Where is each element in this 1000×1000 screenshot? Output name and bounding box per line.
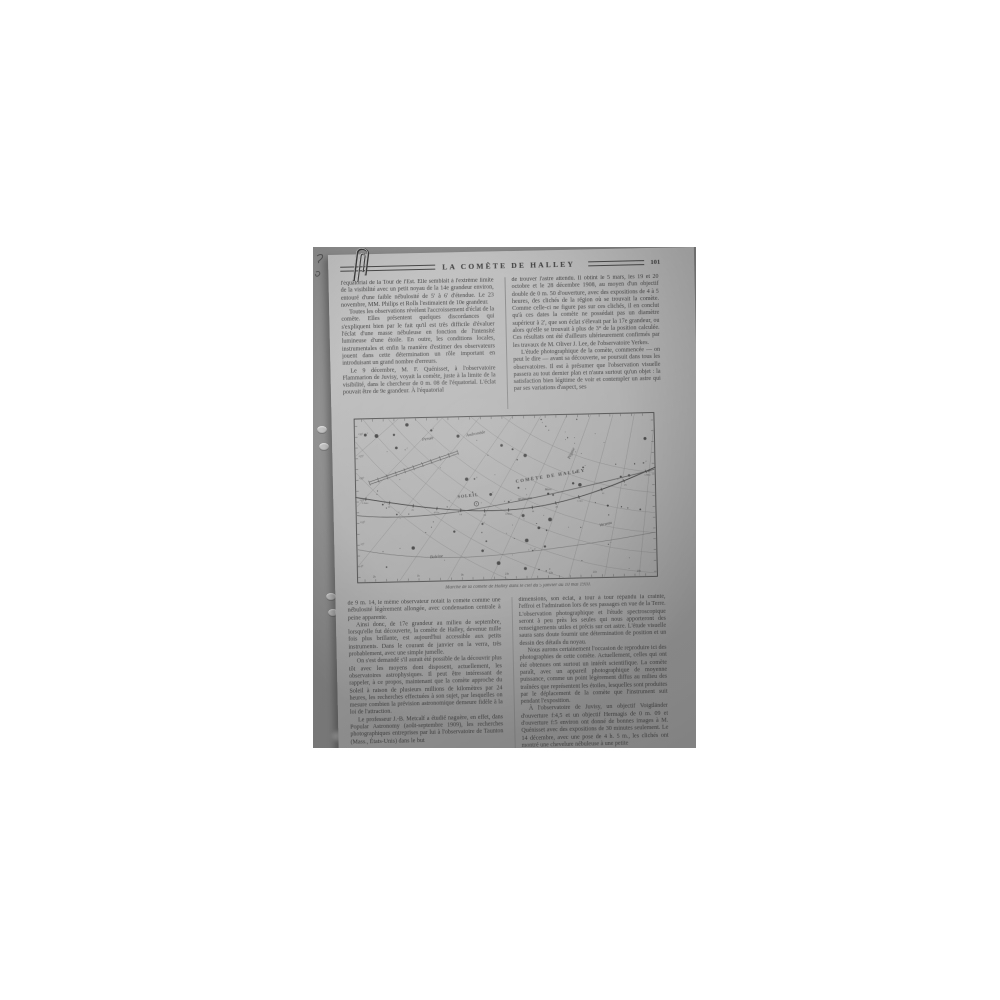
- paragraph: On s'est demandé s'il aurait été possibl…: [349, 656, 503, 718]
- page-header: LA COMÈTE DE HALLEY 101: [340, 256, 660, 275]
- photograph-canvas: LA COMÈTE DE HALLEY 101 l'équatorial de …: [0, 0, 1000, 1000]
- photo-of-document: LA COMÈTE DE HALLEY 101 l'équatorial de …: [313, 247, 696, 748]
- stars: αβγδεζηθικλμνξοπ: [364, 416, 652, 575]
- svg-text:π: π: [367, 433, 369, 435]
- chart-label: Pégase: [566, 446, 576, 460]
- lower-right-column: dimensions, son éclat, a tour à tour rép…: [511, 594, 668, 748]
- upper-text-block: l'équatorial de la Tour de l'Est. Elle s…: [341, 274, 662, 413]
- path-date-label: 5 Janv.: [362, 502, 369, 505]
- svg-text:ι: ι: [484, 548, 485, 550]
- svg-text:ε: ε: [484, 522, 485, 524]
- path-date-label: 25: [411, 509, 414, 512]
- paperclip: [346, 247, 380, 285]
- chart-label: Mars: [544, 487, 553, 491]
- path-date-label: 16: [532, 510, 535, 513]
- path-date-label: 15: [602, 492, 605, 495]
- backdrop-corner-marks: [313, 250, 329, 284]
- axis-tick-label: +10°: [360, 521, 365, 524]
- paragraph: Ainsi donc, de 17e grandeur au milieu de…: [348, 619, 502, 659]
- path-date-label: 5 Avr.: [577, 499, 583, 502]
- svg-text:λ: λ: [432, 428, 434, 430]
- paragraph: de trouver l'astre attendu. Il obtint le…: [511, 274, 660, 350]
- paragraph: Le professeur J.-B. Metcalf a étudié nag…: [350, 714, 504, 747]
- axis-tick-label: 22h: [549, 572, 554, 575]
- axis-tick-label: 20h: [637, 570, 642, 573]
- chart-label: COMÈTE DE HALLEY: [515, 468, 586, 484]
- comet-path-band: [368, 450, 459, 486]
- paragraph: Nous aurons certainement l'occasion de r…: [520, 645, 668, 707]
- path-date-label: 15: [388, 505, 391, 508]
- lower-text-block: de 9 m. 14, le même observateur notait l…: [347, 594, 668, 748]
- chart-label: SOLEIL: [457, 492, 479, 499]
- upper-left-column: l'équatorial de la Tour de l'Est. Elle s…: [341, 277, 497, 412]
- axis-tick-label: 23h: [505, 573, 510, 576]
- upper-right-column: de trouver l'astre attendu. Il obtint le…: [504, 274, 661, 409]
- svg-text:ζ: ζ: [407, 447, 409, 450]
- axis-tick-label: 0°: [361, 565, 363, 568]
- axis-tick-label: +25°: [359, 455, 364, 458]
- path-date-label: 6 Mars: [505, 513, 512, 516]
- chart-label: Baleine: [430, 553, 443, 559]
- ecliptic-line: [355, 469, 657, 518]
- axis-tick-label: 2h: [373, 575, 376, 578]
- paragraph: dimensions, son éclat, a tour à tour rép…: [518, 594, 666, 648]
- path-date-label: 26: [555, 506, 558, 509]
- svg-text:ο: ο: [610, 542, 612, 544]
- svg-text:θ: θ: [398, 512, 400, 514]
- chart-label: Poissons: [517, 496, 532, 502]
- paragraph: L'étude photographique de la comète, com…: [513, 347, 661, 394]
- chart-label: Persée: [421, 435, 434, 442]
- path-date-label: 25: [624, 483, 627, 486]
- path-date-label: 14: [459, 513, 462, 516]
- path-date-label: 24: [483, 514, 486, 517]
- axis-tick-label: 1h: [417, 574, 420, 577]
- axis-tick-label: +30°: [358, 433, 363, 436]
- page-number: 101: [650, 258, 660, 265]
- svg-text:α: α: [510, 499, 512, 501]
- lower-left-column: de 9 m. 14, le même observateur notait l…: [347, 597, 503, 748]
- axis-tick-label: +20°: [359, 477, 364, 480]
- comet-path: 5 Janv.15254 Fév.14246 Mars16265 Avr.152…: [355, 467, 657, 520]
- svg-text:ξ: ξ: [530, 547, 531, 550]
- axis-tick-label: 0h: [461, 574, 464, 577]
- page-title: LA COMÈTE DE HALLEY: [442, 259, 575, 271]
- svg-text:β: β: [533, 547, 536, 550]
- star-chart: +30°+25°+20°+15°+10°+5°0°2h1h0h23h22h21h…: [354, 412, 659, 584]
- frame-ticks: +30°+25°+20°+15°+10°+5°0°2h1h0h23h22h21h…: [355, 413, 657, 582]
- axis-tick-label: +5°: [360, 543, 364, 546]
- path-date-label: 4 Fév.: [434, 511, 441, 514]
- chart-label: Verseau: [599, 520, 612, 528]
- paragraph: Le 9 décembre, M. F. Quénisset, à l'obse…: [342, 365, 496, 398]
- binder-hole: [319, 443, 329, 451]
- paragraph: Toutes les observations révèlent l'accro…: [341, 307, 495, 369]
- magazine-page: LA COMÈTE DE HALLEY 101 l'équatorial de …: [328, 247, 696, 748]
- binder-hole: [317, 426, 327, 434]
- svg-text:δ: δ: [492, 492, 494, 494]
- path-date-label: 5 Mai: [644, 474, 650, 477]
- axis-tick-label: 21h: [593, 571, 598, 574]
- svg-text:γ: γ: [384, 502, 385, 504]
- chart-grid: [354, 412, 659, 584]
- svg-text:μ: μ: [646, 461, 648, 463]
- header-rule-right: [588, 260, 644, 266]
- svg-text:η: η: [476, 477, 477, 479]
- paragraph: À l'observatoire de Juvisy, un objectif …: [521, 703, 669, 748]
- chart-label: Andromède: [465, 429, 486, 438]
- star-chart-svg: +30°+25°+20°+15°+10°+5°0°2h1h0h23h22h21h…: [354, 412, 659, 584]
